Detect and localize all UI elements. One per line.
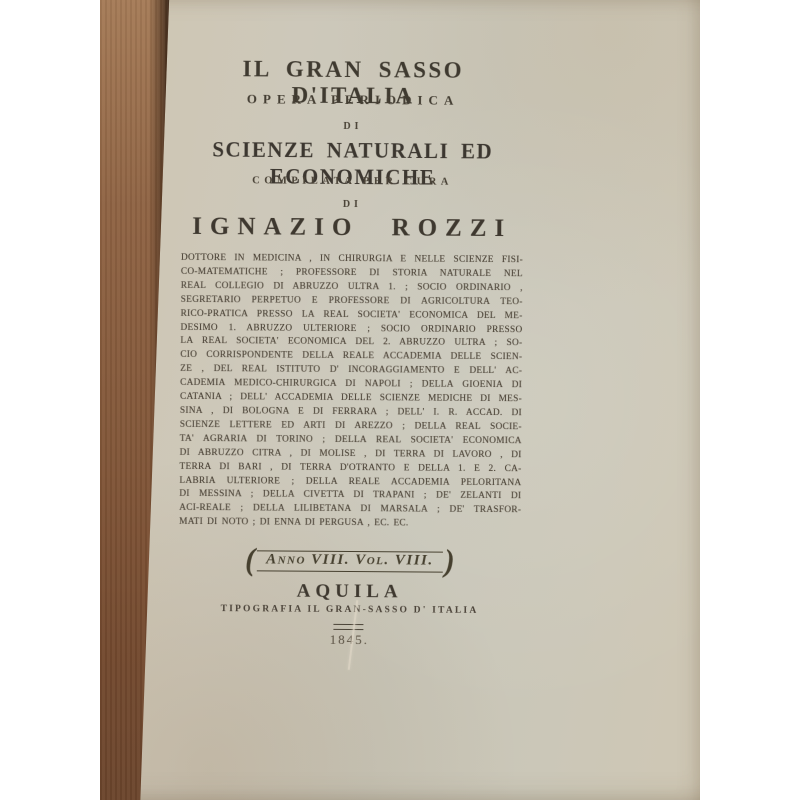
imprint-divider-rule bbox=[333, 624, 363, 630]
volume-cartouche: ( Anno VIII. Vol. VIII. ) bbox=[179, 547, 521, 575]
credentials-line: MATI DI NOTO ; DI ENNA DI PERGUSA , EC. … bbox=[179, 516, 521, 532]
book-photo: IL GRAN SASSO D'ITALIA OPERA PERIODICA D… bbox=[100, 0, 700, 800]
title-page-text-column: IL GRAN SASSO D'ITALIA OPERA PERIODICA D… bbox=[177, 0, 525, 800]
cartouche-open-paren: ( bbox=[245, 547, 255, 574]
imprint-year: 1845. bbox=[178, 631, 520, 649]
volume-label: Anno VIII. Vol. VIII. bbox=[257, 550, 443, 572]
imprint-city: AQUILA bbox=[179, 580, 521, 604]
connector-di-2: DI bbox=[181, 198, 523, 211]
author-name: IGNAZIO ROZZI bbox=[181, 213, 523, 243]
imprint-printer: TIPOGRAFIA IL GRAN-SASSO D' ITALIA bbox=[179, 604, 521, 616]
author-credentials-paragraph: DOTTORE IN MEDICINA , IN CHIRURGIA E NEL… bbox=[179, 252, 523, 533]
book-subtitle: OPERA PERIODICA bbox=[182, 91, 524, 109]
cartouche-close-paren: ) bbox=[445, 548, 455, 575]
connector-di-1: DI bbox=[182, 120, 524, 133]
